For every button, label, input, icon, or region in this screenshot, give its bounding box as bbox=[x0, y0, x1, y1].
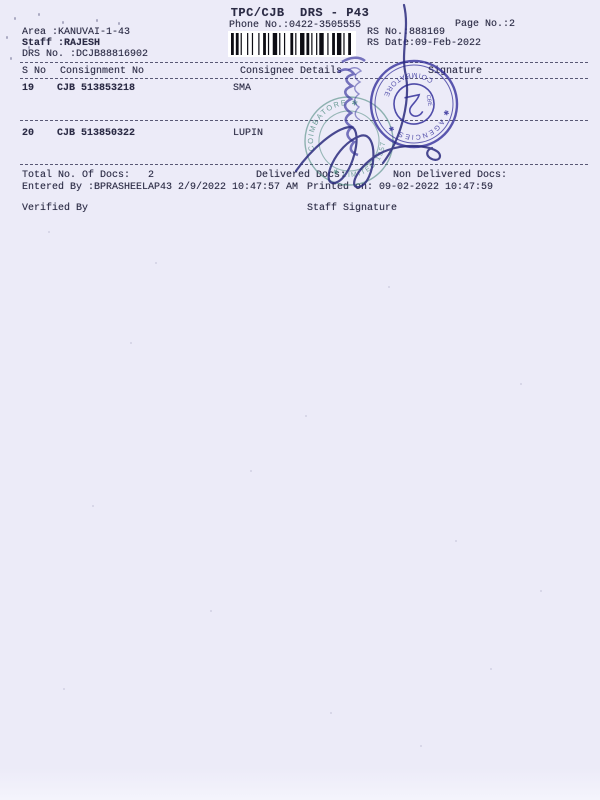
stamp-inner-text: CBE bbox=[424, 94, 432, 107]
row-consignee: LUPIN bbox=[233, 128, 263, 140]
scan-speckle bbox=[330, 712, 332, 714]
scan-speckle bbox=[38, 13, 40, 16]
scan-speckle bbox=[540, 590, 542, 592]
scan-speckle bbox=[6, 36, 8, 39]
scan-speckle bbox=[520, 383, 522, 385]
col-header-s-no: S No bbox=[22, 66, 46, 78]
company-stamp-blue: ✱ AGENCIES ✱ COIMBATORE CBE bbox=[363, 53, 465, 155]
total-docs-value: 2 bbox=[148, 170, 154, 182]
scan-speckle bbox=[565, 120, 567, 122]
scan-speckle bbox=[96, 19, 98, 22]
col-header-consignment: Consignment No bbox=[60, 66, 144, 78]
row-consignment-no: CJB 513850322 bbox=[57, 128, 135, 140]
scan-speckle bbox=[48, 231, 50, 233]
row-consignment-no: CJB 513853218 bbox=[57, 83, 135, 95]
drs-number: DRS No. :DCJB88816902 bbox=[22, 49, 148, 61]
scan-speckle bbox=[130, 342, 132, 344]
scan-speckle bbox=[210, 610, 212, 612]
row-s-no: 20 bbox=[22, 128, 34, 140]
row-consignee: SMA bbox=[233, 83, 251, 95]
scan-speckle bbox=[10, 57, 12, 60]
scan-speckle bbox=[490, 668, 492, 670]
scan-speckle bbox=[118, 22, 120, 25]
scan-speckle bbox=[63, 688, 65, 690]
scan-speckle bbox=[305, 415, 307, 417]
drs-document-page: TPC/CJB DRS - P43 Phone No.:0422-3505555… bbox=[0, 0, 600, 800]
verified-by-label: Verified By bbox=[22, 203, 88, 215]
row-s-no: 19 bbox=[22, 83, 34, 95]
scan-speckle bbox=[62, 21, 64, 24]
scan-speckle bbox=[92, 505, 94, 507]
scan-speckle bbox=[28, 46, 30, 49]
scan-speckle bbox=[155, 262, 157, 264]
scan-speckle bbox=[455, 540, 457, 542]
scan-speckle bbox=[420, 745, 422, 747]
scan-speckle bbox=[14, 17, 16, 20]
scan-speckle bbox=[250, 470, 252, 472]
scan-speckle bbox=[388, 286, 390, 288]
total-docs-label: Total No. Of Docs: bbox=[22, 170, 130, 182]
stamps-and-signature-overlay: COIMBATORE ✱ ✱ LIMITED 1357 ✱ AGENCIES ✱… bbox=[280, 0, 480, 212]
entered-by: Entered By :BPRASHEELAP43 2/9/2022 10:47… bbox=[22, 182, 298, 194]
